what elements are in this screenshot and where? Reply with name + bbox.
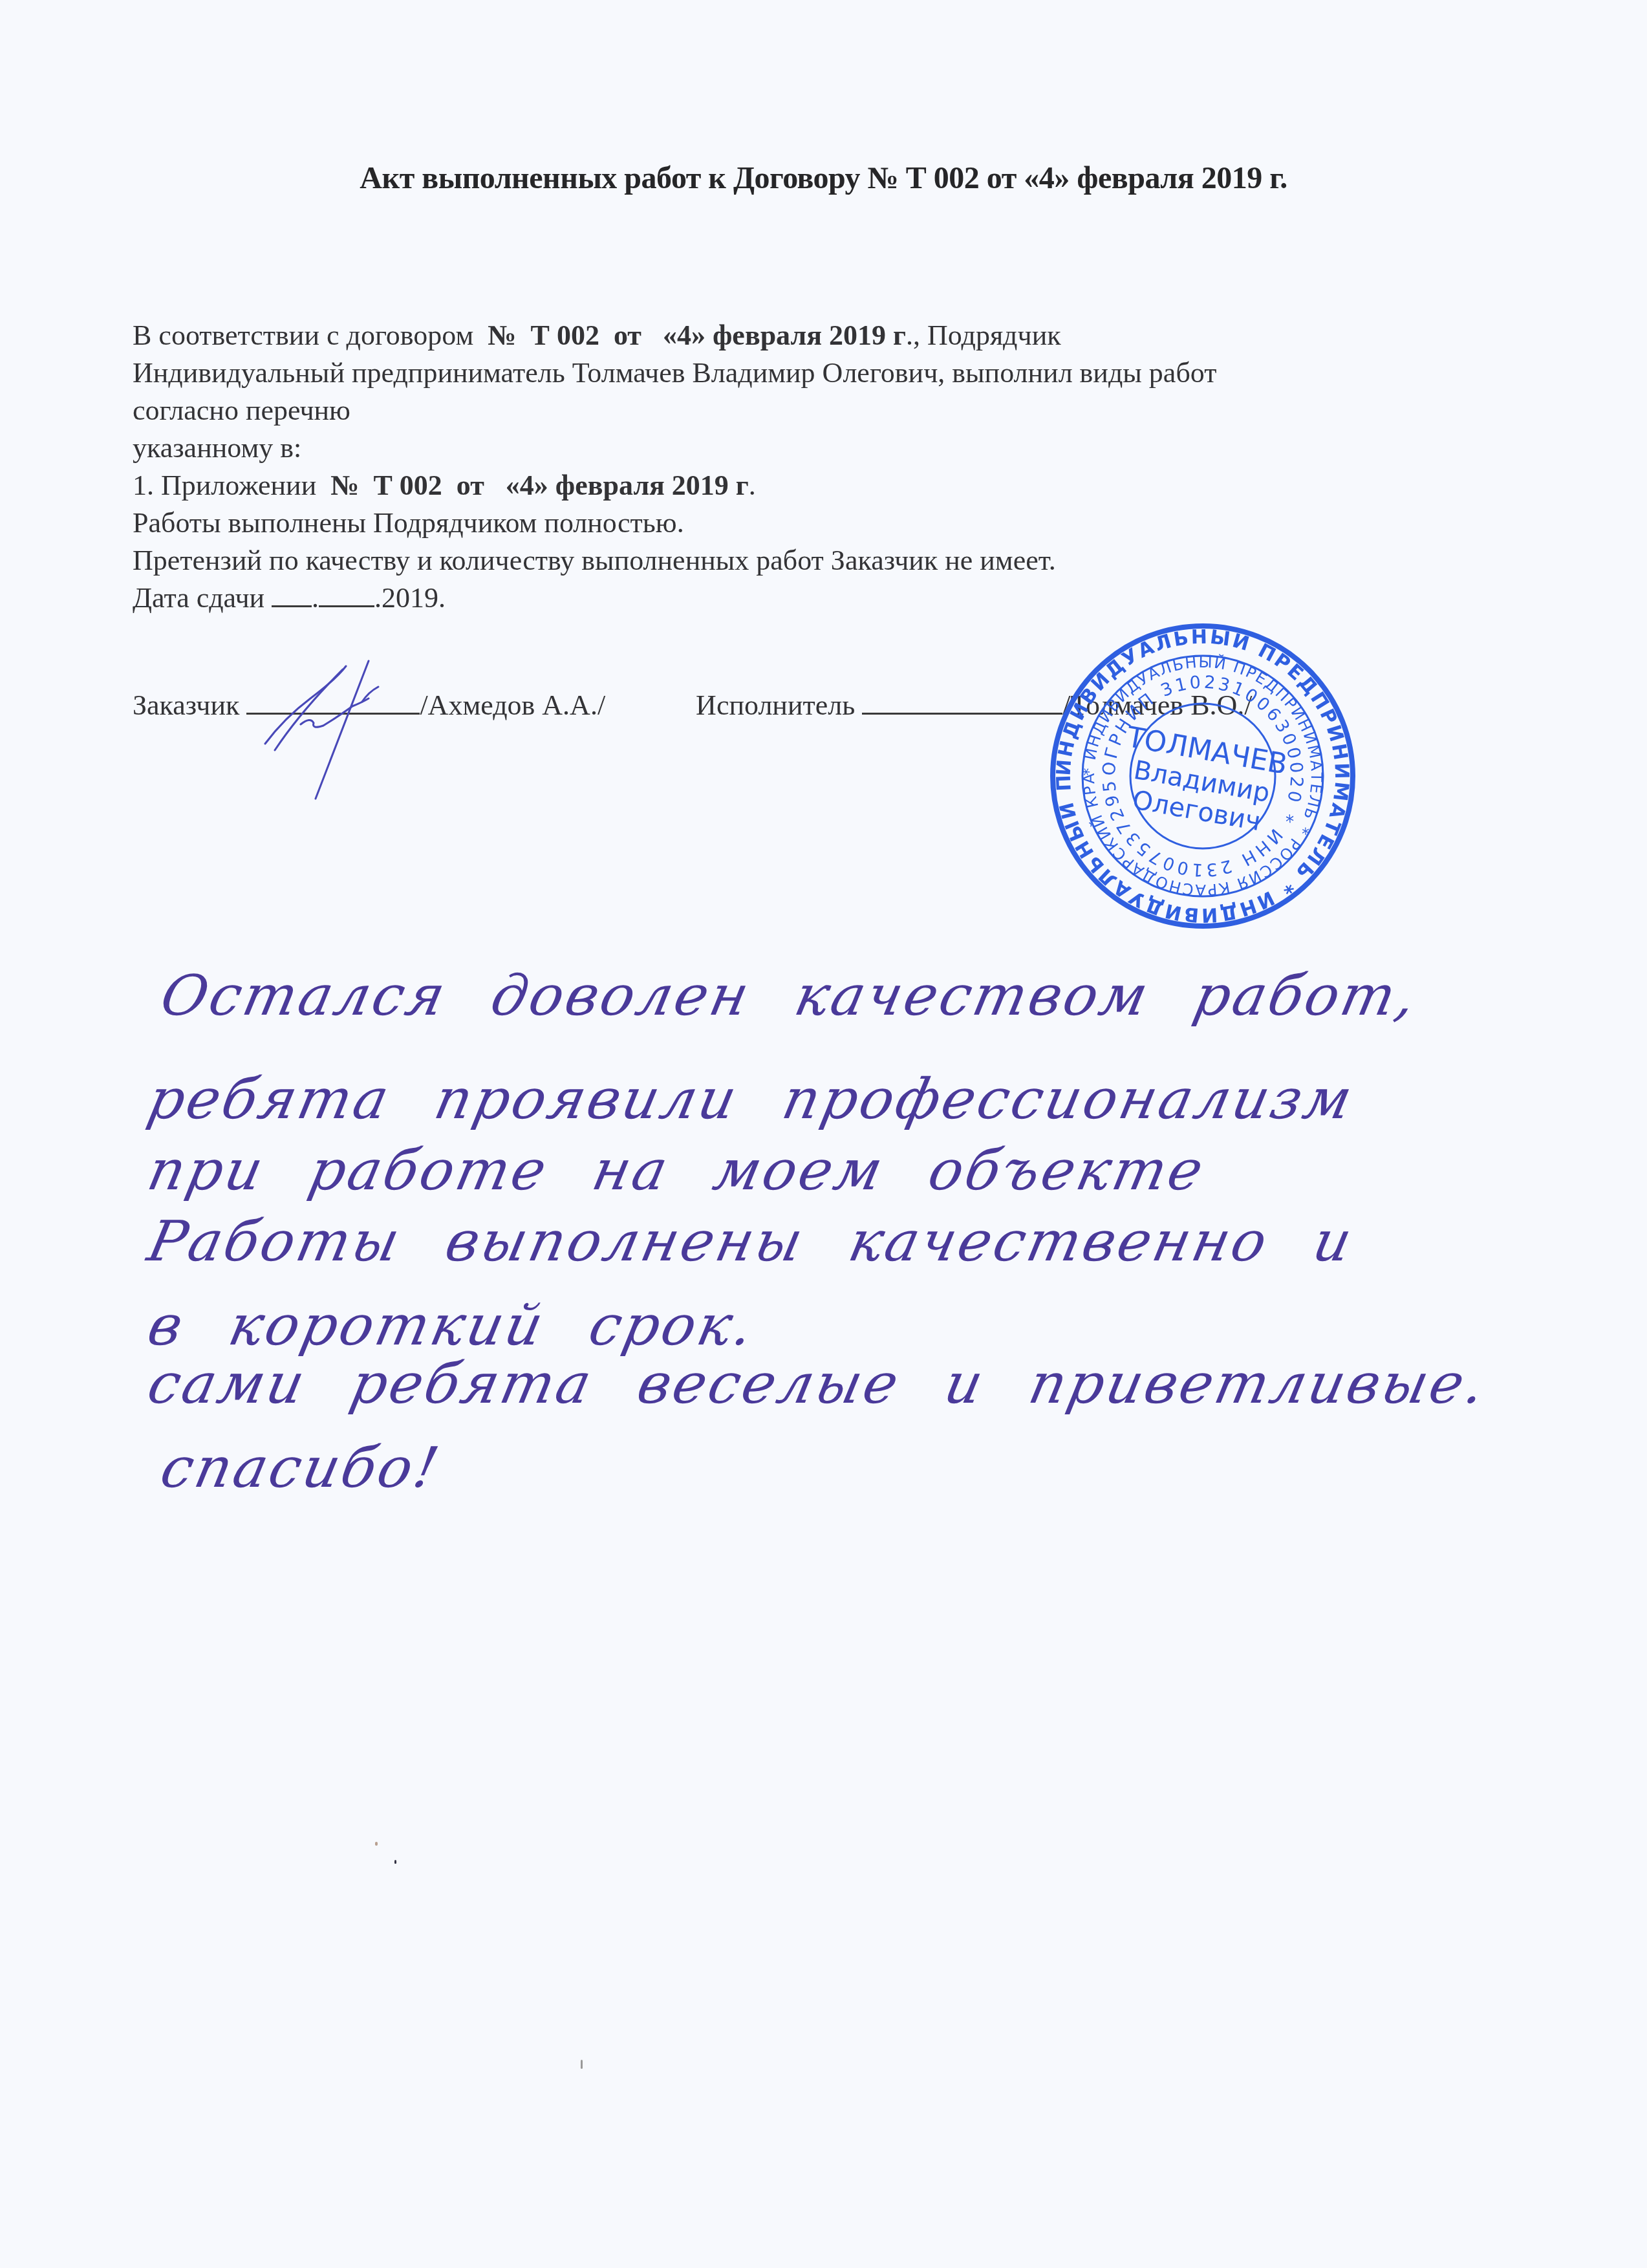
- customer-label: Заказчик: [133, 689, 246, 721]
- body-line-1: В соответствии с договором № Т 002 от «4…: [133, 317, 1491, 354]
- document-title: Акт выполненных работ к Договору № Т 002…: [0, 160, 1647, 196]
- body-line-8: Дата сдачи ..2019.: [133, 579, 1491, 617]
- note-line-4: Работы выполнены качественно и: [142, 1209, 1578, 1274]
- document-body: В соответствии с договором № Т 002 от «4…: [133, 317, 1491, 617]
- note-line-6: сами ребята веселые и приветливые.: [142, 1352, 1578, 1416]
- note-line-1: Остался доволен качеством работ,: [155, 964, 1578, 1028]
- date-month-blank: [319, 586, 374, 607]
- note-line-2: ребята проявили профессионализм: [142, 1067, 1578, 1132]
- body-line-3: согласно перечню: [133, 392, 1491, 429]
- handwritten-note: Остался доволен качеством работ, ребята …: [142, 964, 1565, 1500]
- body-line-2: Индивидуальный предприниматель Толмачев …: [133, 354, 1491, 392]
- date-label: Дата сдачи: [133, 582, 272, 614]
- body-line-6: Работы выполнены Подрядчиком полностью.: [133, 504, 1491, 542]
- appendix-reference: № Т 002 от «4» февраля 2019 г: [323, 470, 749, 501]
- contract-reference: № Т 002 от «4» февраля 2019 г: [480, 319, 906, 351]
- scan-speck: [394, 1860, 396, 1864]
- customer-name: /Ахмедов А.А./: [420, 689, 605, 721]
- date-day-blank: [272, 586, 312, 607]
- note-line-3: при работе на моем объекте: [142, 1138, 1578, 1203]
- scan-speck: [581, 2060, 583, 2069]
- body-line-7: Претензий по качеству и количеству выпол…: [133, 542, 1491, 579]
- date-year: .2019.: [374, 582, 446, 614]
- customer-signature: [239, 647, 407, 802]
- company-stamp: ИНДИВИДУАЛЬНЫЙ ПРЕДПРИНИМАТЕЛЬ * ИНДИВИД…: [1048, 621, 1358, 931]
- body-line-4: указанному в:: [133, 429, 1491, 467]
- text: ., Подрядчик: [906, 319, 1061, 351]
- scan-speck: [375, 1842, 378, 1846]
- text: .: [749, 470, 756, 501]
- note-line-5: в короткий срок.: [142, 1293, 1578, 1358]
- note-line-7: спасибо!: [155, 1436, 1578, 1500]
- text: 1. Приложении: [133, 470, 323, 501]
- document-page: Акт выполненных работ к Договору № Т 002…: [0, 0, 1647, 2268]
- executor-signature-line: [862, 693, 1062, 715]
- executor-label: Исполнитель: [696, 689, 862, 721]
- date-separator: .: [312, 582, 319, 614]
- body-line-5: 1. Приложении № Т 002 от «4» февраля 201…: [133, 467, 1491, 504]
- text: В соответствии с договором: [133, 319, 480, 351]
